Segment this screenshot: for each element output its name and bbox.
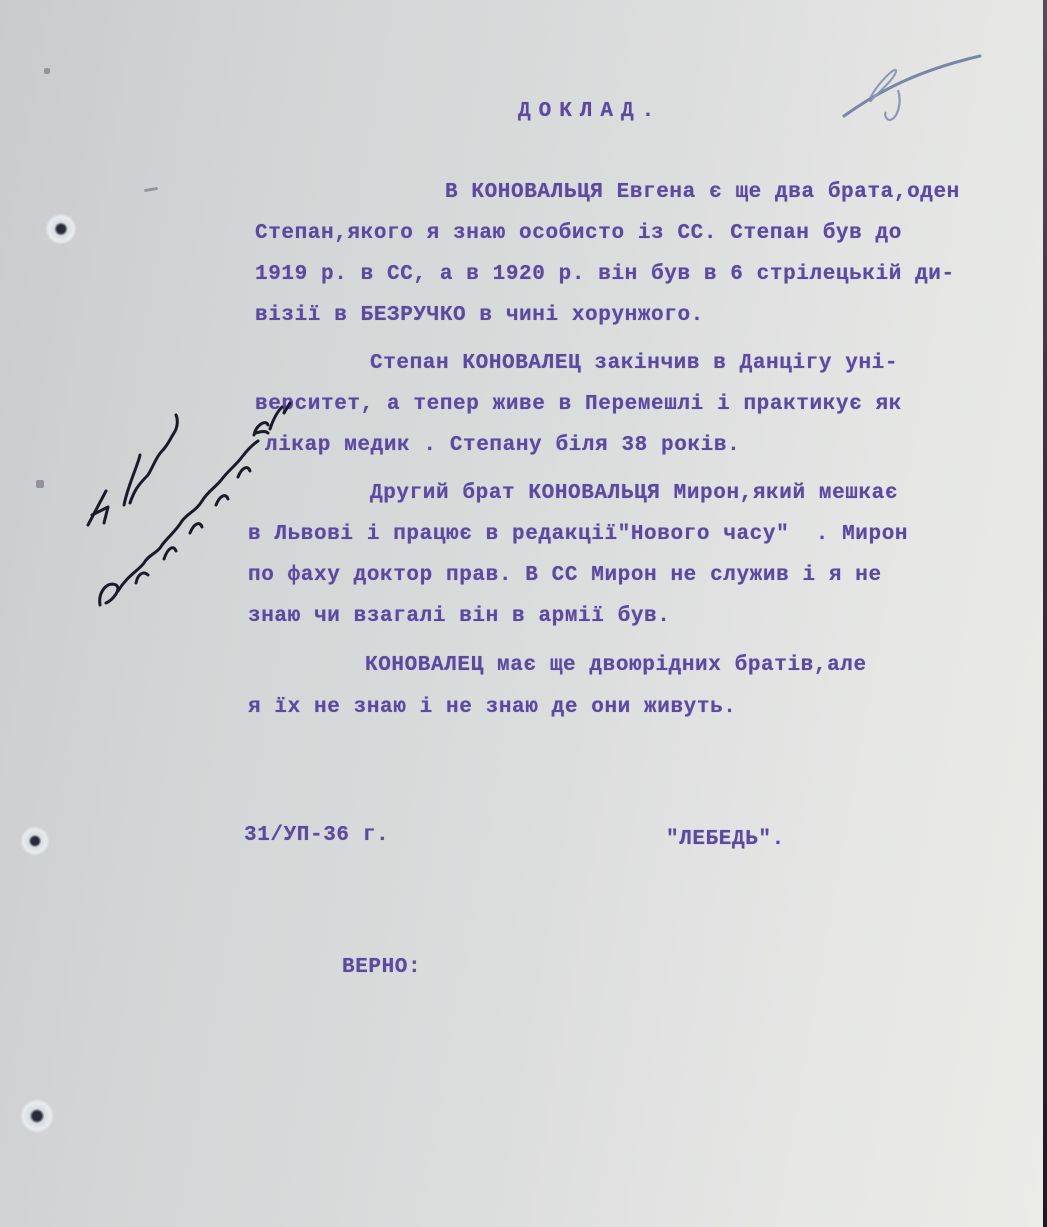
text-line: візії в БЕЗРУЧКО в чині хорунжого.	[255, 304, 704, 327]
speck	[36, 480, 44, 488]
text-line: Другий брат КОНОВАЛЬЦЯ Мирон,який мешкає	[370, 482, 898, 505]
text-line: Степан КОНОВАЛЕЦ закінчив в Данцігу уні-	[370, 352, 898, 375]
text-line: знаю чи взагалі він в армії був.	[248, 605, 670, 628]
punch-hole	[44, 214, 78, 244]
handwritten-margin-note	[78, 395, 298, 625]
punch-hole	[20, 826, 50, 856]
text-line: я їх не знаю і не знаю де они живуть.	[248, 696, 736, 719]
speck	[44, 68, 50, 74]
document-date: 31/УП-36 г.	[244, 824, 389, 847]
text-line: В КОНОВАЛЬЦЯ Евгена є ще два брата,оден	[445, 181, 960, 204]
document-title: ДОКЛАД.	[518, 100, 662, 123]
scan-edge	[1043, 0, 1047, 1227]
text-line: КОНОВАЛЕЦ має ще двоюрідних братів,але	[365, 654, 867, 677]
signature-codename: "ЛЕБЕДЬ".	[666, 828, 785, 851]
text-line: 1919 р. в СС, а в 1920 р. він був в 6 ст…	[255, 263, 955, 286]
punch-hole	[20, 1098, 54, 1134]
folio-number-mark	[840, 50, 990, 130]
speck	[144, 187, 158, 192]
certification-label: ВЕРНО:	[342, 956, 421, 979]
text-line: лікар медик . Степану біля 38 років.	[265, 434, 740, 457]
text-line: Степан,якого я знаю особисто із СС. Степ…	[255, 222, 902, 245]
text-line: в Львові і працює в редакції"Нового часу…	[248, 523, 908, 546]
text-line: верситет, а тепер живе в Перемешлі і пра…	[255, 393, 902, 416]
text-line: по фаху доктор прав. В СС Мирон не служи…	[248, 564, 882, 587]
